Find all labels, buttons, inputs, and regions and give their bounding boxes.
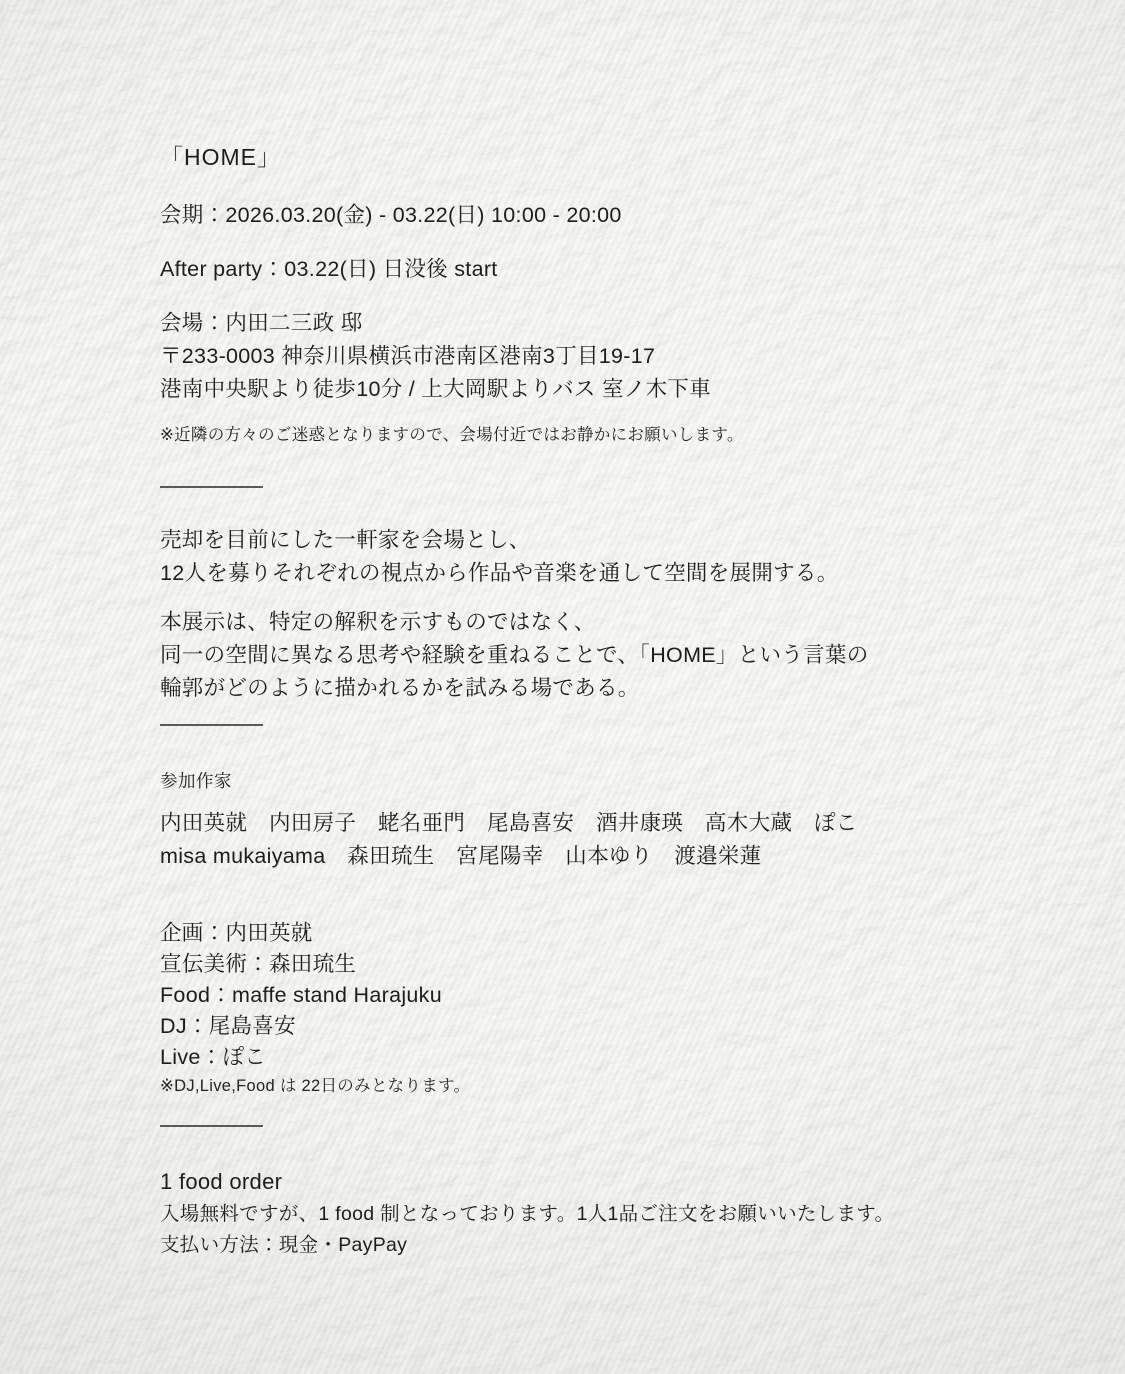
statement-paragraph-2: 本展示は、特定の解釈を示すものではなく、 同一の空間に異なる思考や経験を重ねるこ… <box>160 606 1040 705</box>
food-policy-heading: 1 food order <box>160 1167 1040 1197</box>
section-divider <box>160 1125 263 1127</box>
poster-page: 「HOME」 会期：2026.03.20(金) - 03.22(日) 10:00… <box>0 0 1125 1374</box>
venue-block: 会場：内田二三政 邸 〒233-0003 神奈川県横浜市港南区港南3丁目19-1… <box>160 307 1040 406</box>
payment-method-line: 支払い方法：現金・PayPay <box>160 1230 1040 1261</box>
credit-line-live: Live：ぽこ <box>160 1042 1040 1073</box>
participants-heading: 参加作家 <box>160 768 1040 794</box>
credit-line-art-direction: 宣伝美術：森田琉生 <box>160 949 1040 980</box>
venue-quiet-note: ※近隣の方々のご迷惑となりますので、会場付近ではお静かにお願いします。 <box>160 422 1040 448</box>
venue-address: 〒233-0003 神奈川県横浜市港南区港南3丁目19-17 <box>160 340 1040 373</box>
page-title: 「HOME」 <box>160 142 1040 172</box>
exhibition-dates: 会期：2026.03.20(金) - 03.22(日) 10:00 - 20:0… <box>160 200 1040 230</box>
after-party-line: After party：03.22(日) 日没後 start <box>160 254 1040 284</box>
section-divider <box>160 486 263 488</box>
participants-line-1: 内田英就 内田房子 蛯名亜門 尾島喜安 酒井康瑛 高木大蔵 ぽこ <box>160 807 1040 840</box>
credit-line-food: Food：maffe stand Harajuku <box>160 980 1040 1011</box>
credits-note: ※DJ,Live,Food は 22日のみとなります。 <box>160 1073 1040 1099</box>
credit-line-plan: 企画：内田英就 <box>160 918 1040 949</box>
food-policy-line: 入場無料ですが、1 food 制となっております。1人1品ご注文をお願いいたしま… <box>160 1199 1040 1230</box>
venue-access: 港南中央駅より徒歩10分 / 上大岡駅よりバス 室ノ木下車 <box>160 373 1040 406</box>
venue-name: 会場：内田二三政 邸 <box>160 307 1040 340</box>
statement-paragraph-1: 売却を目前にした一軒家を会場とし、 12人を募りそれぞれの視点から作品や音楽を通… <box>160 524 1040 590</box>
announcement-content: 「HOME」 会期：2026.03.20(金) - 03.22(日) 10:00… <box>160 0 1040 1261</box>
section-divider <box>160 724 263 726</box>
participants-line-2: misa mukaiyama 森田琉生 宮尾陽幸 山本ゆり 渡邉栄蓮 <box>160 840 1040 873</box>
credits-block: 企画：内田英就 宣伝美術：森田琉生 Food：maffe stand Haraj… <box>160 918 1040 1099</box>
credit-line-dj: DJ：尾島喜安 <box>160 1011 1040 1042</box>
